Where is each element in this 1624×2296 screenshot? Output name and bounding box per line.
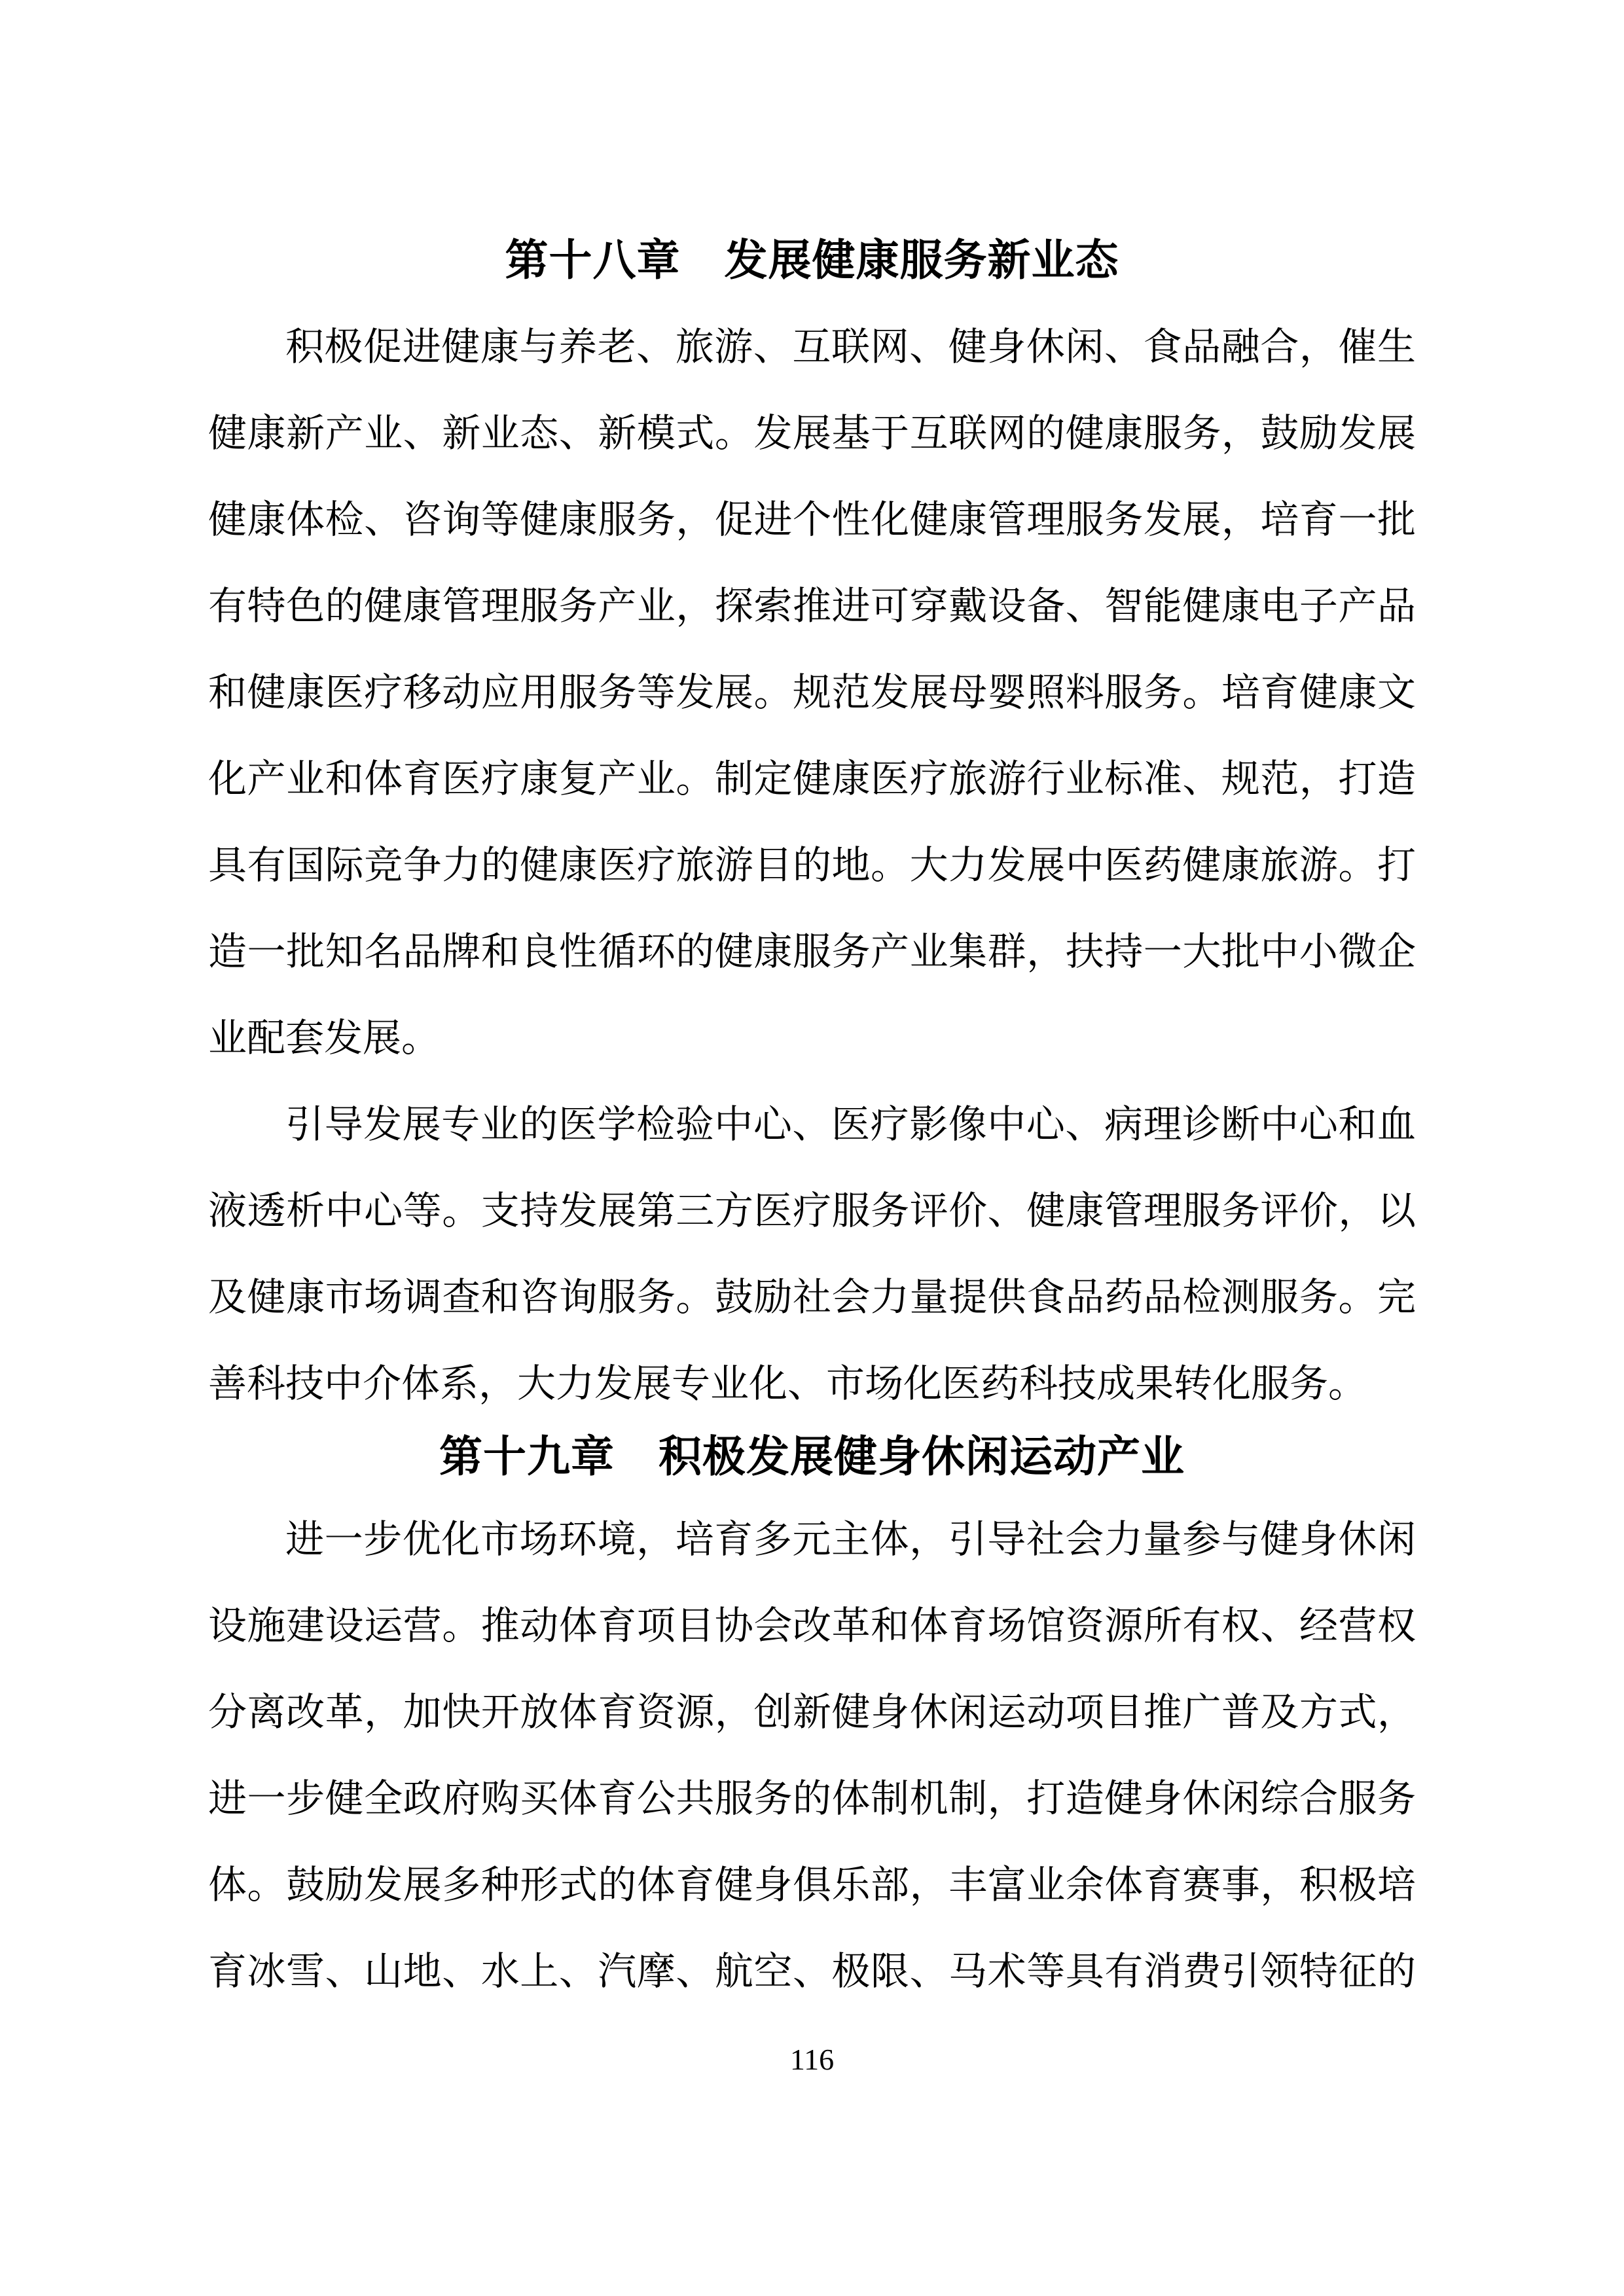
- text-line: 积极促进健康与养老、旅游、互联网、健身休闲、食品融合，催生: [208, 304, 1416, 390]
- text-line: 造一批知名品牌和良性循环的健康服务产业集群，扶持一大批中小微企: [208, 908, 1416, 995]
- chapter-18-heading: 第十八章 发展健康服务新业态: [208, 230, 1416, 289]
- text-line: 善科技中介体系，大力发展专业化、市场化医药科技成果转化服务。: [208, 1340, 1416, 1427]
- text-line: 健康新产业、新业态、新模式。发展基于互联网的健康服务，鼓励发展: [208, 390, 1416, 476]
- chapter-19-paragraph-1: 进一步优化市场环境，培育多元主体，引导社会力量参与健身休闲 设施建设运营。推动体…: [208, 1496, 1416, 2015]
- text-line: 液透析中心等。支持发展第三方医疗服务评价、健康管理服务评价，以: [208, 1168, 1416, 1254]
- text-line: 进一步健全政府购买体育公共服务的体制机制，打造健身休闲综合服务: [208, 1755, 1416, 1842]
- text-line: 及健康市场调查和咨询服务。鼓励社会力量提供食品药品检测服务。完: [208, 1254, 1416, 1340]
- text-line: 具有国际竞争力的健康医疗旅游目的地。大力发展中医药健康旅游。打: [208, 822, 1416, 908]
- chapter-19-heading: 第十九章 积极发展健身休闲运动产业: [208, 1427, 1416, 1486]
- text-line: 和健康医疗移动应用服务等发展。规范发展母婴照料服务。培育健康文: [208, 649, 1416, 736]
- chapter-18-paragraph-1: 积极促进健康与养老、旅游、互联网、健身休闲、食品融合，催生 健康新产业、新业态、…: [208, 304, 1416, 1081]
- page-number: 116: [0, 2043, 1624, 2076]
- text-line: 分离改革，加快开放体育资源，创新健身休闲运动项目推广普及方式，: [208, 1669, 1416, 1755]
- text-line: 育冰雪、山地、水上、汽摩、航空、极限、马术等具有消费引领特征的: [208, 1928, 1416, 2015]
- text-line: 引导发展专业的医学检验中心、医疗影像中心、病理诊断中心和血: [208, 1081, 1416, 1168]
- text-line: 设施建设运营。推动体育项目协会改革和体育场馆资源所有权、经营权: [208, 1583, 1416, 1669]
- text-line: 进一步优化市场环境，培育多元主体，引导社会力量参与健身休闲: [208, 1496, 1416, 1583]
- page-content: 第十八章 发展健康服务新业态 积极促进健康与养老、旅游、互联网、健身休闲、食品融…: [208, 230, 1416, 2015]
- text-line: 有特色的健康管理服务产业，探索推进可穿戴设备、智能健康电子产品: [208, 563, 1416, 649]
- chapter-18-paragraph-2: 引导发展专业的医学检验中心、医疗影像中心、病理诊断中心和血 液透析中心等。支持发…: [208, 1081, 1416, 1427]
- text-line: 化产业和体育医疗康复产业。制定健康医疗旅游行业标准、规范，打造: [208, 736, 1416, 822]
- document-page: 第十八章 发展健康服务新业态 积极促进健康与养老、旅游、互联网、健身休闲、食品融…: [0, 0, 1624, 2296]
- text-line: 业配套发展。: [208, 995, 1416, 1081]
- text-line: 体。鼓励发展多种形式的体育健身俱乐部，丰富业余体育赛事，积极培: [208, 1842, 1416, 1928]
- text-line: 健康体检、咨询等健康服务，促进个性化健康管理服务发展，培育一批: [208, 476, 1416, 563]
